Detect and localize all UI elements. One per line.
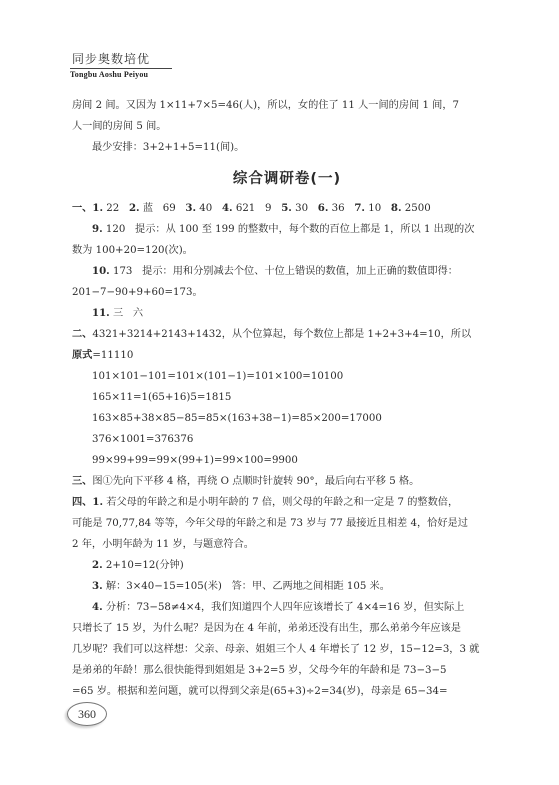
- part4-q4-cont: 只增长了 15 岁，为什么呢？是因为在 4 年前，弟弟还没有出生，那么弟弟今年应…: [72, 618, 502, 639]
- answer-11: 11. 三 六: [72, 303, 502, 324]
- part-prefix: 一、: [72, 202, 92, 214]
- continuation-line: 人一间的房间 5 间。: [72, 116, 502, 137]
- answer-10: 10. 173 提示：用和分别减去个位、十位上错误的数值，加上正确的数值即得：: [72, 261, 502, 282]
- continuation-line: 房间 2 间。又因为 1×11+7×5=46(人)，所以，女的住了 11 人一间…: [72, 95, 502, 116]
- part1-answers: 一、1. 22 2. 蓝 69 3. 40 4. 621 9 5. 30 6. …: [72, 198, 502, 219]
- part4-q3: 3. 解：3×40−15=105(米) 答：甲、乙两地之间相距 105 米。: [72, 576, 502, 597]
- calc-line: 101×101−101=101×(101−1)=101×100=10100: [72, 366, 502, 387]
- book-title-cn: 同步奥数培优: [70, 52, 170, 66]
- part-prefix: 二、: [72, 328, 92, 340]
- part2-line: 原式=11110: [72, 345, 502, 366]
- part4-q1: 四、1. 若父母的年龄之和是小明年龄的 7 倍，则父母的年龄之和一定是 7 的整…: [72, 492, 502, 513]
- section-title: 综合调研卷(一): [72, 164, 502, 194]
- calc-line: 163×85+38×85−85=85×(163+38−1)=85×200=170…: [72, 408, 502, 429]
- part4-q1-cont: 可能是 70,77,84 等等，今年父母的年龄之和是 73 岁与 77 最接近且…: [72, 513, 502, 534]
- part-prefix: 四、: [72, 496, 92, 508]
- calc-line: 99×99+99=99×(99+1)=99×100=9900: [72, 450, 502, 471]
- header-rule: [70, 68, 172, 69]
- part2-line: 二、4321+3214+2143+1432，从个位算起，每个数位上都是 1+2+…: [72, 324, 502, 345]
- continuation-line: 最少安排：3+2+1+5=11(间)。: [72, 137, 502, 158]
- book-title-pinyin: Tongbu Aoshu Peiyou: [70, 70, 170, 79]
- part4-q2: 2. 2+10=12(分钟): [72, 555, 502, 576]
- part-prefix: 三、: [72, 475, 92, 487]
- part4-q4-cont: 几岁呢？我们可以这样想：父亲、母亲、姐姐三个人 4 年增长了 12 岁，15−1…: [72, 639, 502, 660]
- page-content: 房间 2 间。又因为 1×11+7×5=46(人)，所以，女的住了 11 人一间…: [72, 95, 502, 702]
- part4-q4-cont: =65 岁。根据和差问题，就可以得到父亲是(65+3)÷2=34(岁)，母亲是 …: [72, 681, 502, 702]
- answer-10-cont: 201−7−90+9+60=173。: [72, 282, 502, 303]
- running-header: 同步奥数培优 Tongbu Aoshu Peiyou: [70, 52, 170, 79]
- calc-line: 165×11=1(65+16)5=1815: [72, 387, 502, 408]
- part4-q4: 4. 分析：73−58≠4×4，我们知道四个人四年应该增长了 4×4=16 岁，…: [72, 597, 502, 618]
- part3-line: 三、图①先向下平移 4 格，再绕 O 点顺时针旋转 90°，最后向右平移 5 格…: [72, 471, 502, 492]
- part4-q1-cont: 2 年，小明年龄为 11 岁，与题意符合。: [72, 534, 502, 555]
- part4-q4-cont: 是弟弟的年龄！那么很快能得到姐姐是 3+2=5 岁，父母今年的年龄和是 73−3…: [72, 660, 502, 681]
- page-number-badge: 360: [67, 702, 107, 726]
- answer-9: 9. 120 提示：从 100 至 199 的整数中，每个数的百位上都是 1，所…: [72, 219, 502, 240]
- calc-line: 376×1001=376376: [72, 429, 502, 450]
- answer-9-cont: 数为 100+20=120(次)。: [72, 240, 502, 261]
